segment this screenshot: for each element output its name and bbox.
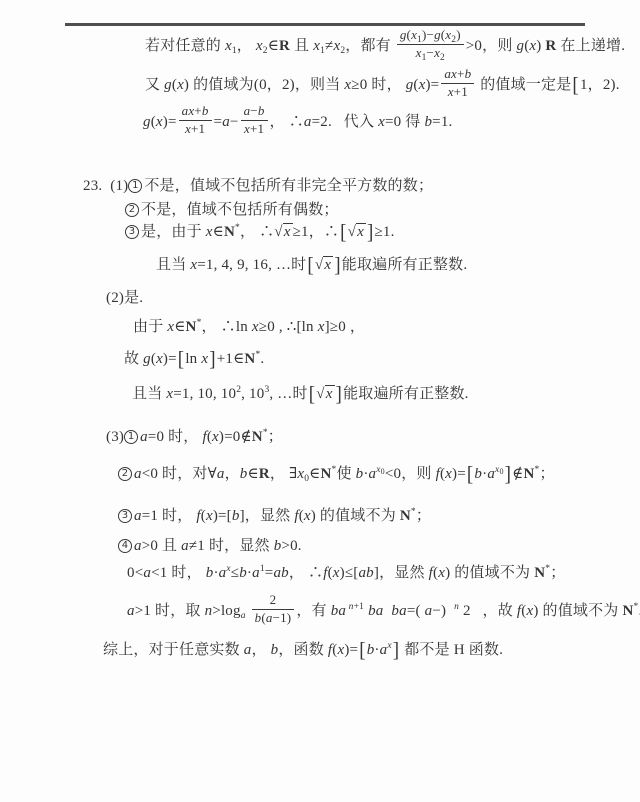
q23-part1-note: 且当 x=1, 4, 9, 16, …时[√x]能取遍所有正整数. bbox=[156, 256, 467, 275]
q23-part3-case1: (3)1a=0 时， f(x)=0∉N*； bbox=[106, 428, 283, 447]
q23-part2-line3: 故 g(x)=[ln x]+1∈N*. bbox=[124, 350, 264, 369]
q23-conclusion: 综上，对于任意实数 a， b，函数 f(x)=[b·ax] 都不是 H 函数. bbox=[103, 641, 503, 660]
q23-part3-case4b: a>1 时，取 n>loga 2b(a−1)，有 ba n+1 ba ba=( … bbox=[127, 595, 640, 628]
q23-part3-case4a: 0<a<1 时， b·ax≤b·a1=ab， ∴f(x)≤[ab]，显然 f(x… bbox=[127, 564, 565, 583]
prelude-line-monotonicity: 若对任意的 x1， x2∈R 且 x1≠x2，都有 g(x1)−g(x2)x1−… bbox=[145, 30, 625, 63]
q23-part2-answer: (2)是. bbox=[106, 289, 143, 308]
q23-part3-case2: 2a<0 时，对∀a，b∈R， ∃x0∈N*使 b·ax0<0，则 f(x)=[… bbox=[118, 465, 555, 484]
q23-part1-item2: 2不是，值域不包括所有偶数； bbox=[125, 201, 339, 220]
prelude-line-solve-ab: g(x)=ax+bx+1=a−a−bx+1， ∴a=2. 代入 x=0 得 b=… bbox=[143, 106, 452, 139]
page-top-rule bbox=[65, 23, 585, 26]
q23-part3-case4: 4a>0 且 a≠1 时，显然 b>0. bbox=[118, 537, 302, 556]
q23-part1-item1: 23. (1)1不是，值域不包括所有非完全平方数的数； bbox=[83, 177, 433, 196]
document-page: 若对任意的 x1， x2∈R 且 x1≠x2，都有 g(x1)−g(x2)x1−… bbox=[0, 0, 640, 802]
q23-part3-case3: 3a=1 时， f(x)=[b]，显然 f(x) 的值域不为 N*； bbox=[118, 507, 431, 526]
q23-part2-line4: 且当 x=1, 10, 102, 103, …时[√x]能取遍所有正整数. bbox=[132, 385, 469, 404]
q23-part2-line2: 由于 x∈N*， ∴ln x≥0 , ∴[ln x]≥0 ， bbox=[133, 318, 365, 337]
q23-part1-item3: 3是，由于 x∈N*， ∴√x≥1，∴[√x]≥1. bbox=[125, 223, 395, 242]
prelude-line-range: 又 g(x) 的值域为(0，2)，则当 x≥0 时， g(x)=ax+bx+1 … bbox=[145, 69, 620, 102]
